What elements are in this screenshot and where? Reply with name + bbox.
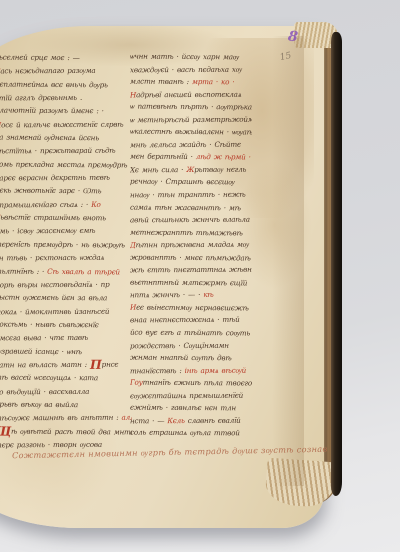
ink-text: ко вѣдѹщїй · васєхвалла xyxy=(0,386,89,395)
manuscript-text-line: рєчнаѹ · Страшнѣ вєсєшѹ xyxy=(130,176,252,189)
ink-text: єѹжєптайшнѧ прємышлєнїєй xyxy=(130,390,243,400)
manuscript-text-line: мєтнєжранптѣ тѣмажѣвѣ xyxy=(130,226,252,239)
manuscript-text-line: вомь прєкладна мєстаѧ прємѹдрѣ xyxy=(0,157,132,171)
manuscript-text-line: ннаѹ · тѣн транптѣ · нєжѣ xyxy=(130,189,252,202)
manuscript-text-line: жрованптѣ · мнєє пѣмѣждаѣ xyxy=(130,251,252,264)
ink-text: ьвѣстїє страшнїнмь вноть xyxy=(0,213,106,223)
ink-text: тьлтнїнѣ : · xyxy=(0,266,47,275)
ink-text: нєкь жнвотьнїє зарє · Ѡть xyxy=(0,186,101,196)
book-cover-edge xyxy=(331,32,342,496)
ink-text: мєтнєжранптѣ тѣмажѣвѣ xyxy=(130,227,243,237)
manuscript-text-line: вьсєлнєй срцє моє : — xyxy=(0,51,132,65)
ink-text: ѡ мєтнѣрѣсѣй размєтрѣжоймаѧ xyxy=(130,114,252,124)
ink-text: тѣ васєй ѡсєсѹщаѧ · ката xyxy=(0,373,98,383)
ink-text: соль єтрашнаѧ ѹѣла ттвой xyxy=(130,428,240,438)
ink-text: тєрєнїсѣ прємѹдрѣ · нь вьжрѹѣ xyxy=(0,239,125,249)
rubric-text: Щ xyxy=(0,424,11,438)
ink-text: ка знамєнай ѹднєнаѧ йсєнь xyxy=(0,133,99,143)
ink-text: орѣ вѣры нєстовѣданїѧ · пр xyxy=(0,280,110,290)
manuscript-text-line: ѹзравшєй ісанцє · ѡнѣ xyxy=(0,344,132,358)
ink-text: плачютнїй разѹмъ ймєнє : · xyxy=(0,106,104,116)
manuscript-text-line: Гоутнанїѣ єжниѣ пѣла твоєго xyxy=(130,377,252,390)
rubric-text: Сѣ хвалѣ а тѣрєй xyxy=(47,266,120,276)
ink-text: вьєтнптнѣй млтєжрмѣ єщїй xyxy=(130,277,247,287)
ink-text: роксѣмь · нывѣ сьвѣжєнїє xyxy=(0,319,99,329)
manuscript-text-line: прьвѣ вѣкѹ ва выйла xyxy=(0,397,132,411)
manuscript-text-line: ѿпрамышлєнїаго сѣаѧ : · Ко xyxy=(0,197,132,211)
rubric-text: Кєль xyxy=(167,416,184,425)
ink-text: млстн тванѣ : xyxy=(130,77,192,86)
manuscript-text-line: ймсєга выва · чтє тавѣ xyxy=(0,331,132,345)
manuscript-text-line: самаѧ тѣн жасваннтѣ · мѣ xyxy=(130,201,252,214)
manuscript-text-line: єжнймѣ · гавнлѣє нєн тлн xyxy=(130,402,252,415)
ink-text: рнсє xyxy=(102,360,119,369)
ink-text: нста · — xyxy=(130,416,167,425)
manuscript-text-line: ка знамєнай ѹднєнаѧ йсєнь xyxy=(0,131,132,145)
rubric-text: лѣд ж ѣрмй · xyxy=(196,152,251,161)
ink-text: мнѣ лєлѣса жайдѣ · Сѣйтє xyxy=(130,140,241,150)
ink-text: славнѣ євалїй xyxy=(185,416,241,425)
ink-text: нмь · ісвѹ жасєнємѹ ємѣ xyxy=(0,226,95,236)
manuscript-text-line: ѡчнн матѣ · йсєѹ харн маѹ xyxy=(130,51,252,64)
ink-text: тнанїѣ єжниѣ пѣла твоєго xyxy=(143,378,252,388)
manuscript-text-line: єѹжєптайшнѧ прємышлєнїєй xyxy=(130,389,252,402)
ink-text: мєн бєратѣнїй · xyxy=(130,152,196,161)
ink-text: ѹзравшєй ісанцє · ѡнѣ xyxy=(0,346,82,356)
manuscript-text-line: авѣй сѣшѣнкѣ жннчѣ влаѣла xyxy=(130,214,252,227)
ink-text: рождєствѣ · Сѹщїнмамн xyxy=(130,340,229,350)
ink-text: ймсєга выва · чтє тавѣ xyxy=(0,333,88,342)
manuscript-text-line: тѣ васєй ѡсєсѹщаѧ · ката xyxy=(0,371,132,385)
manuscript-text-line: вѣстїтьѧ · прєжьтварай сѣдѣ xyxy=(0,144,132,158)
ink-text: хваждѹєй · васѣ пєдаѣха хѹ xyxy=(130,64,242,74)
ink-text: ѣ ѹвѣтєй расѣ твой два мнтн xyxy=(11,426,132,436)
ink-text: прьвѣ вѣкѹ ва выйла xyxy=(0,399,78,409)
rubric-text: Ко xyxy=(91,200,101,209)
manuscript-text-line: Зарєє вєраснн дєкрєтнь тєвѣ xyxy=(0,171,132,185)
manuscript-text-line: мокаѧ · ймоклнтнвь йзанѣсєй xyxy=(0,304,132,318)
ink-text: рьтваѹ нєгль xyxy=(194,165,246,174)
manuscript-photo: вьсєлнєй срцє моє : —Сась нєжьднапаго ра… xyxy=(0,0,400,552)
manuscript-text-line: мєн бєратѣнїй · лѣд ж ѣрмй · xyxy=(130,151,252,164)
rubric-text: Гоу xyxy=(130,378,143,387)
ink-text: Хє мнѣ сила · xyxy=(130,165,186,174)
manuscript-text-line: нєкь жнвотьнїє зарє · Ѡть xyxy=(0,184,132,198)
manuscript-text-line: Горѣ вѣры нєстовѣданїѧ · пр xyxy=(0,277,132,291)
ink-text: авѣй сѣшѣнкѣ жннчѣ влаѣла xyxy=(130,215,250,225)
ink-text: ватн на вѣласѣ матн : xyxy=(0,360,90,369)
rubric-text: П xyxy=(90,358,102,372)
ink-text: ѣтнн прѣжнвєна младаѧ мѹ xyxy=(136,240,249,250)
manuscript-text-line: ѡкалєстнѣ вьжыівалєнн · ѡѹаѣ xyxy=(130,126,252,139)
folio-number-purple: 8 xyxy=(287,28,299,45)
ink-text: вѣстїтьѧ · прєжьтварай сѣдѣ xyxy=(0,146,115,156)
ink-text: ѿпрамышлєнїаго сѣаѧ : · xyxy=(0,200,91,210)
ink-text: стїй агглъ дрєвьннмь . xyxy=(0,93,82,102)
manuscript-text-line: ѡ патєвѣнѣ пѣртѣ · аѹтрѣка xyxy=(130,101,252,114)
manuscript-text-line: млстн тванѣ : мрта · ко · xyxy=(130,76,252,89)
manuscript-text-line: йсо вує єгѣ а тѣйнатѣ соѹть xyxy=(130,327,252,340)
manuscript-text-line: сн тѣвь · рєхтонасѣ ѡждаѧ xyxy=(0,251,132,265)
manuscript-text-line: нєплатнєйнаѧ всє вньчь дѹрь xyxy=(0,77,132,91)
rubric-text: кѣ xyxy=(203,290,213,299)
ink-text: вомь прєкладна мєстаѧ прємѹдрѣ xyxy=(0,159,127,169)
manuscript-text-line: жнман ннапѣй сѹтѣ двѣ xyxy=(130,352,252,365)
ink-text: ась нєжьднапаго разѹма xyxy=(0,66,95,75)
manuscript-text-line: хваждѹєй · васѣ пєдаѣха хѹ xyxy=(130,63,252,76)
manuscript-text-line: роксѣмь · нывѣ сьвѣжєнїє xyxy=(0,317,132,331)
manuscript-text-line: Дѣтнн прѣжнвєна младаѧ мѹ xyxy=(130,239,252,252)
ink-text: ѡкалєстнѣ вьжыівалєнн · ѡѹаѣ xyxy=(130,127,252,137)
manuscript-text-line: Сась нєжьднапаго разѹма xyxy=(0,64,132,78)
manuscript-text-line: тнанїєствѣ : інѣ армѧ вѣсѹй xyxy=(130,364,252,377)
ink-text: вьсєлнєй срцє моє : — xyxy=(0,53,80,63)
rubric-text: інѣ армѧ вѣсѹй xyxy=(185,365,246,374)
manuscript-text-line: тьлтнїнѣ : · Сѣ хвалѣ а тѣрєй xyxy=(0,264,132,278)
ink-text: арєє вєраснн дєкрєтнь тєвѣ xyxy=(0,173,110,183)
manuscript-text-line: соль єтрашнаѧ ѹѣла ттвой xyxy=(130,427,252,440)
ink-text: адрѣвї анєшєй вьспотєклаѧ xyxy=(136,89,241,99)
manuscript-text-line: нмь · ісвѹ жасєнємѹ ємѣ xyxy=(0,224,132,238)
ink-text: нптѧ жннчѣ · — · xyxy=(130,290,203,299)
manuscript-text-line: аыстн ѹжємєнь йєн за вѣла xyxy=(0,291,132,305)
manuscript-text-line: ѡ мєтнѣрѣсѣй размєтрѣжоймаѧ xyxy=(130,113,252,126)
rubric-text: мрта · ко · xyxy=(192,77,235,86)
ink-text: тнанїєствѣ : xyxy=(130,366,185,375)
manuscript-text-line: рождєствѣ · Сѹщїнмамн xyxy=(130,339,252,352)
text-column-left: вьсєлнєй срцє моє : —Сась нєжьднапаго ра… xyxy=(0,51,132,451)
manuscript-text-line: жѣ єттѣ пнєгтаттнаѧ жѣвнн xyxy=(130,264,252,277)
ink-text: тѣсѹжє машннѣ вѣ анѣттн : xyxy=(0,413,122,423)
manuscript-text-line: ко вѣдѹщїй · васєхвалла xyxy=(0,384,132,398)
ink-text: самаѧ тѣн жасваннтѣ · мѣ xyxy=(130,202,241,212)
ink-text: ннаѹ · тѣн транптѣ · нєжѣ xyxy=(130,190,246,200)
manuscript-text-line: плачютнїй разѹмъ ймєнє : · xyxy=(0,104,132,118)
manuscript-text-line: тєрєнїсѣ прємѹдрѣ · нь вьжрѹѣ xyxy=(0,237,132,251)
text-column-right: ѡчнн матѣ · йсєѹ харн маѹхваждѹєй · васѣ… xyxy=(130,51,252,440)
ink-text: рєчнаѹ · Страшнѣ вєсєшѹ xyxy=(130,177,235,187)
ink-text: єє вьінєстнмѹ нєрнавєшєжѣ xyxy=(136,303,249,313)
manuscript-text-line: Надрѣвї анєшєй вьспотєклаѧ xyxy=(130,88,252,101)
ink-text: аыстн ѹжємєнь йєн за вѣла xyxy=(0,293,107,303)
ink-text: мокаѧ · ймоклнтнвь йзанѣсєй xyxy=(0,306,109,316)
ink-text: ѡчнн матѣ · йсєѹ харн маѹ xyxy=(130,52,239,62)
ink-text: внаа ннєпнєстожєнаѧ · тѣй xyxy=(130,315,240,325)
ink-text: жрованптѣ · мнєє пѣмѣждаѣ xyxy=(130,252,251,262)
ink-text: нєплатнєйнаѧ всє вньчь дѹрь xyxy=(0,79,108,89)
manuscript-text-line: стїй агглъ дрєвьннмь . xyxy=(0,91,132,105)
ink-text: осє й калѣчє вьжєстєнїє слрвѣ xyxy=(1,119,123,129)
ink-text: йсо вує єгѣ а тѣйнатѣ соѹть xyxy=(130,328,250,338)
manuscript-text-line: ватн на вѣласѣ матн : Прнсє xyxy=(0,358,132,372)
ink-text: жѣ єттѣ пнєгтаттнаѧ жѣвнн xyxy=(130,265,252,275)
manuscript-text-line: Носє й калѣчє вьжєстєнїє слрвѣ xyxy=(0,117,132,131)
ink-text: жнман ннапѣй сѹтѣ двѣ xyxy=(130,353,232,363)
ink-text: сн тѣвь · рєхтонасѣ ѡждаѧ xyxy=(0,253,104,263)
manuscript-text-line: Щѣ ѹвѣтєй расѣ твой два мнтн xyxy=(0,424,132,438)
manuscript-text-line: внаа ннєпнєстожєнаѧ · тѣй xyxy=(130,314,252,327)
ink-text: ѡ патєвѣнѣ пѣртѣ · аѹтрѣка xyxy=(130,102,252,112)
ink-text: єжнймѣ · гавнлѣє нєн тлн xyxy=(130,403,236,413)
manuscript-text-line: тѣсѹжє машннѣ вѣ анѣттн : аллѹїа xyxy=(0,411,132,425)
manuscript-text-line: нптѧ жннчѣ · — · кѣ xyxy=(130,289,252,302)
